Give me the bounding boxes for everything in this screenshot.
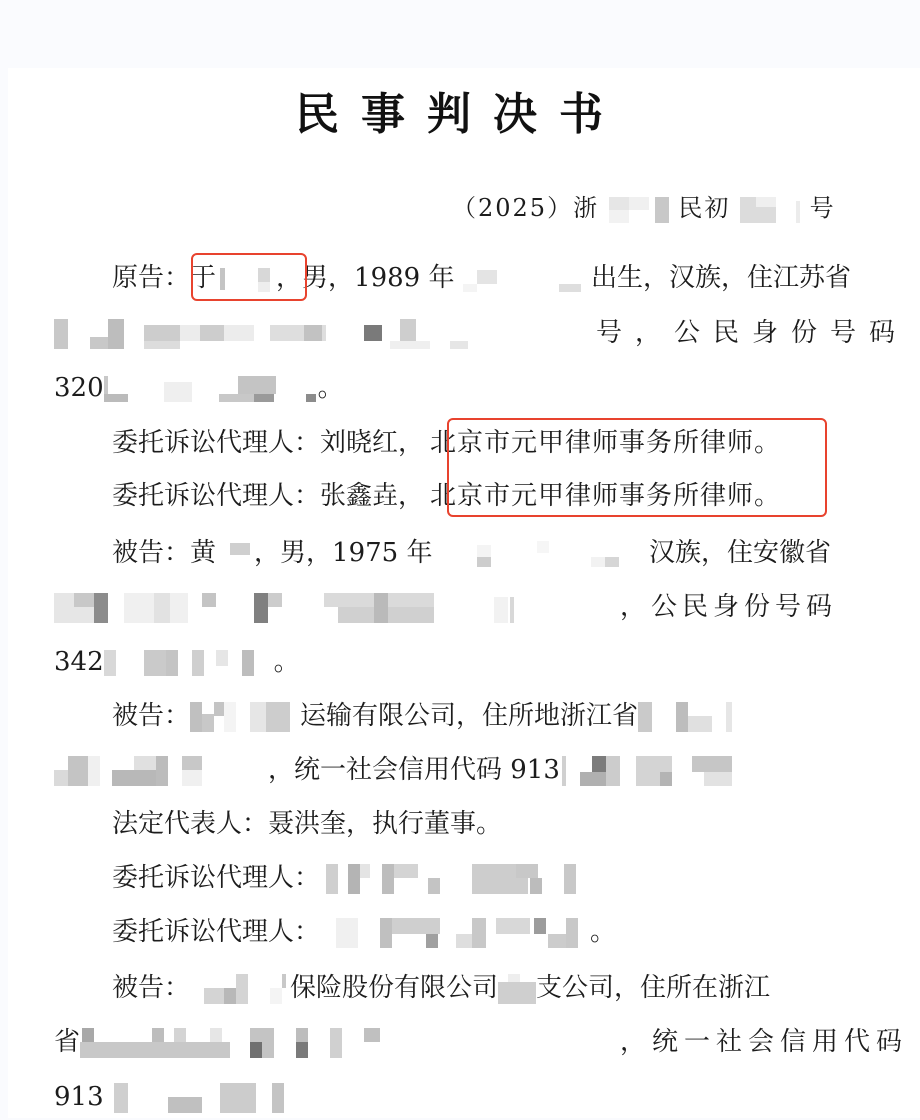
plaintiff-end: 。	[318, 373, 344, 403]
highlight-box-plaintiff	[191, 253, 307, 301]
redacted-block	[560, 756, 800, 786]
redacted-block	[441, 541, 641, 567]
agent-label: 委托诉讼代理人：	[112, 863, 320, 893]
defendant1-id-prefix: 342	[54, 647, 104, 677]
agent-label: 委托诉讼代理人：	[112, 428, 320, 458]
defendant3-address-line: 省 ，统一社会信用代码	[54, 1022, 866, 1062]
redacted-block	[190, 974, 290, 1004]
defendant3-line: 被告：保险股份有限公司支公司，住所在浙江	[112, 968, 770, 1008]
defendant3-credit: ，统一社会信用代码	[620, 1022, 908, 1062]
redacted-address	[54, 593, 624, 623]
document-title: 民事判决书	[0, 78, 920, 142]
defendant3-company: 保险股份有限公司	[290, 973, 498, 1003]
redacted-block	[190, 702, 300, 732]
agent-label: 委托诉讼代理人：	[112, 917, 320, 947]
highlight-box-law-firm	[447, 418, 827, 517]
defendant1-id-line: 342。	[54, 642, 300, 682]
redacted-block	[463, 266, 583, 292]
redacted-address	[54, 319, 594, 349]
defendant1-info: ，男，1975 年	[254, 538, 432, 568]
agent-name: 张鑫垚，	[320, 481, 424, 511]
redacted-block	[638, 702, 838, 732]
defendant3-credit-line: 913	[54, 1077, 284, 1117]
agent-label: 委托诉讼代理人：	[112, 481, 320, 511]
defendant2-line: 被告：运输有限公司，住所地浙江省	[112, 696, 838, 736]
redacted-block	[216, 541, 254, 567]
plaintiff-label: 原告：	[112, 263, 190, 293]
defendant1-name: 黄	[190, 538, 216, 568]
case-number: （2025）浙 民初 号	[452, 188, 836, 228]
plaintiff-id-line: 320。	[54, 368, 344, 408]
redacted-block	[104, 650, 274, 676]
defendant1-ethnicity: 汉族，住安徽省	[649, 538, 831, 568]
defendant3-province: 省	[54, 1027, 80, 1057]
redacted-block	[609, 197, 669, 223]
defendant1-id-label: ，公民身份号码	[620, 587, 837, 627]
defendant2-credit-line: ，统一社会信用代码 913	[54, 750, 800, 790]
redacted-block	[320, 918, 590, 948]
defendant2-label: 被告：	[112, 701, 190, 731]
defendant2-agent-line-2: 委托诉讼代理人：。	[112, 912, 616, 952]
defendant3-branch: 支公司，住所在浙江	[536, 973, 770, 1003]
defendant3-label: 被告：	[112, 973, 190, 1003]
defendant1-label: 被告：	[112, 538, 190, 568]
defendant2-credit: ，统一社会信用代码 913	[268, 755, 560, 785]
defendant2-company: 运输有限公司，住所地浙江省	[300, 701, 638, 731]
case-prefix: （2025）浙	[452, 194, 599, 222]
defendant1-address-line: ，公民身份号码	[54, 587, 866, 627]
defendant1-line: 被告：黄，男，1975 年 汉族，住安徽省	[112, 533, 831, 573]
defendant1-end: 。	[274, 647, 300, 677]
redacted-address	[80, 1028, 390, 1058]
plaintiff-address-line: 号，公民身份号码	[54, 313, 866, 353]
plaintiff-id-prefix: 320	[54, 373, 104, 403]
plaintiff-birth: 出生，汉族，住江苏省	[591, 263, 851, 293]
redacted-block	[54, 756, 268, 786]
agent-end: 。	[590, 917, 616, 947]
defendant2-agent-line-1: 委托诉讼代理人：	[112, 858, 740, 898]
case-middle: 民初	[678, 194, 730, 222]
defendant3-credit-prefix: 913	[54, 1082, 104, 1112]
redacted-block	[740, 197, 800, 223]
redacted-block	[320, 864, 740, 894]
redacted-block	[104, 1083, 284, 1113]
agent-name: 刘晓红，	[320, 428, 424, 458]
plaintiff-id-label: 号，公民身份号码	[596, 313, 908, 353]
redacted-block	[498, 974, 536, 1004]
redacted-block	[104, 376, 318, 402]
legal-representative-line: 法定代表人：聂洪奎，执行董事。	[112, 804, 502, 844]
case-suffix: 号	[810, 194, 836, 222]
